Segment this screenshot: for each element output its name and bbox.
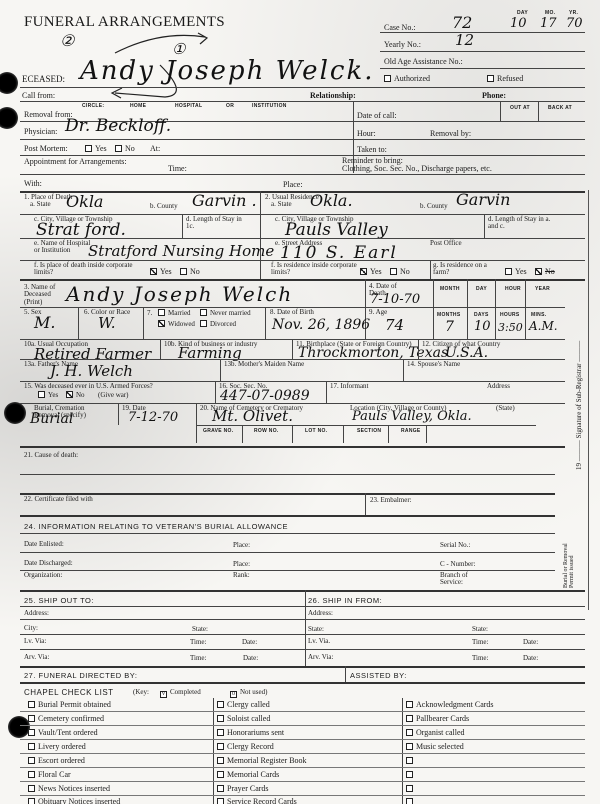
ship-in-arv-via-label: Arv. Via: (308, 654, 333, 661)
with-label: With: (24, 180, 42, 188)
check-clergy-record[interactable]: Clergy Record (217, 742, 274, 751)
branch-label: Branch of Service: (440, 572, 480, 586)
ship-in-lv-date-label: Date: (523, 639, 538, 646)
item-label: Acknowledgment Cards (416, 700, 494, 709)
pod-hospital-label: e. Name of Hospital or Institution (34, 240, 94, 254)
give-war-label: (Give war) (98, 392, 129, 399)
punch-hole-mid (0, 107, 18, 129)
state-paren-label: (State) (496, 405, 515, 412)
months-label: MONTHS (437, 312, 460, 318)
post-mortem-no-checkbox[interactable]: No (115, 145, 135, 153)
embalmer-label: 23. Embalmer: (370, 497, 412, 504)
reminder-text: Clothing, Soc. Sec. No., Discharge paper… (342, 165, 492, 173)
no-label: No (76, 391, 85, 399)
age-value[interactable]: 74 (385, 318, 404, 333)
ur-city-value[interactable]: Pauls Valley (285, 222, 388, 239)
ship-in-lv-via-label: Lv. Via. (308, 638, 330, 645)
date-of-death-value[interactable]: 7-10-70 (370, 293, 420, 306)
physician-value[interactable]: Dr. Beckloff. (65, 118, 171, 135)
location-value[interactable]: Pauls Valley, Okla. (352, 410, 472, 423)
item-label: Vault/Tent ordered (38, 728, 98, 737)
post-mortem-label: Post Mortem: (24, 145, 68, 153)
item-label: Music selected (416, 742, 464, 751)
cemetery-value[interactable]: Mt. Olivet. (212, 409, 293, 424)
yearly-no-label: Yearly No.: (384, 41, 421, 49)
address-label: Address (487, 383, 510, 390)
punch-hole-top (0, 72, 18, 94)
check-blank-3[interactable] (406, 784, 416, 793)
ship-out-arv-date-label: Date: (243, 655, 258, 662)
check-blank-2[interactable] (406, 770, 416, 779)
item-label: Clergy Record (227, 742, 274, 751)
check-livery[interactable]: Livery ordered (28, 742, 86, 751)
birthplace-value[interactable]: Throckmorton, Texas (298, 346, 448, 360)
deceased-name-value[interactable]: Andy Joseph Welck. (80, 58, 374, 84)
yes-label: Yes (515, 267, 527, 276)
father-value[interactable]: J. H. Welch (50, 364, 133, 379)
pod-corporate-label: f. Is place of death inside corporate li… (34, 262, 134, 276)
ur-county-label: b. County (420, 203, 448, 210)
check-clergy-called[interactable]: Clergy called (217, 700, 270, 709)
pod-state-label: a. State (30, 201, 51, 208)
days-value[interactable]: 10 (474, 320, 491, 333)
check-music-selected[interactable]: Music selected (406, 742, 464, 751)
key-label: (Key: (133, 689, 149, 696)
married-checkbox[interactable]: Married (158, 309, 191, 317)
pod-hospital-value[interactable]: Stratford Nursing Home (88, 244, 274, 259)
check-blank-4[interactable] (406, 797, 416, 804)
grave-no-label: GRAVE NO. (203, 428, 233, 434)
circle-label: CIRCLE: (82, 103, 104, 109)
item-label: Escort ordered (38, 756, 85, 765)
item-label: Obituary Notices inserted (38, 797, 120, 804)
ur-length-label: d. Length of Stay in a. and c. (488, 216, 558, 230)
ur-farm-no-checkbox[interactable]: No (535, 268, 555, 276)
date-day-value[interactable]: 10 (510, 17, 527, 30)
date-enlisted-label: Date Enlisted: (24, 541, 64, 548)
call-from-label: Call from: (22, 92, 55, 100)
pod-corporate-yes-checkbox[interactable]: Yes (150, 268, 172, 276)
ship-out-address-label: Address: (24, 610, 49, 617)
out-at-label: OUT AT (510, 105, 530, 111)
informant-label: 17. Informant (330, 383, 369, 390)
cause-of-death-label: 21. Cause of death: (24, 452, 78, 459)
pod-county-value[interactable]: Garvin . (192, 193, 257, 209)
discharged-place-label: Place: (233, 561, 250, 568)
hours-label: HOURS (500, 312, 520, 318)
check-acknowledgment-cards[interactable]: Acknowledgment Cards (406, 700, 494, 709)
item-label: Organist called (416, 728, 465, 737)
post-mortem-yes-checkbox[interactable]: Yes (85, 145, 107, 153)
authorized-checkbox[interactable]: Authorized (384, 75, 430, 83)
not-used-key-box: 0 (230, 691, 237, 698)
at-label: At: (150, 145, 160, 153)
appointment-label: Appointment for Arrangements: (24, 158, 127, 166)
ur-corporate-label: f. Is residence inside corporate limits? (271, 262, 361, 276)
rank-label: Rank: (233, 572, 250, 579)
item-label: Soloist called (227, 714, 270, 723)
ur-farm-label: g. Is residence on a farm? (433, 262, 493, 276)
funeral-arrangements-form: FUNERAL ARRANGEMENTS Case No.: 72 DAY MO… (0, 0, 600, 804)
item-label: Honorariums sent (227, 728, 284, 737)
punch-hole-bottom (8, 716, 30, 738)
sub-registrar-signature-label: 19 ——— Signature of Sub-Registrar ——— (575, 341, 583, 470)
check-service-record[interactable]: Service Record Cards (217, 797, 297, 804)
armed-forces-label: 15. Was deceased ever in U.S. Armed Forc… (24, 383, 153, 390)
check-memorial-register[interactable]: Memorial Register Book (217, 756, 307, 765)
mins-value[interactable]: A.M. (529, 320, 558, 332)
not-used-label: Not used) (240, 688, 267, 696)
yes-label: Yes (160, 267, 172, 276)
key-completed: vCompleted (160, 689, 201, 698)
phone-label: Phone: (482, 92, 506, 100)
serial-no-label: Serial No.: (440, 542, 470, 549)
no-label: No (400, 267, 410, 276)
item-label: Burial Permit obtained (38, 700, 111, 709)
married-label: Married (168, 309, 191, 317)
ur-farm-yes-checkbox[interactable]: Yes (505, 268, 527, 276)
place-label: Place: (283, 181, 303, 189)
check-burial-permit[interactable]: Burial Permit obtained (28, 700, 111, 709)
burial-value[interactable]: Burial (30, 412, 73, 426)
pod-state-value[interactable]: Okla (66, 194, 103, 210)
sex-value[interactable]: M. (34, 315, 55, 331)
item-label: Memorial Cards (227, 770, 279, 779)
item-label: Clergy called (227, 700, 270, 709)
certificate-filed-label: 22. Certificate filed with (24, 496, 104, 503)
item-label: News Notices inserted (38, 784, 110, 793)
refused-label: Refused (497, 74, 523, 83)
year-label: YEAR (535, 286, 550, 292)
check-honorariums[interactable]: Honorariums sent (217, 728, 284, 737)
deceased-label: ECEASED: (22, 75, 65, 84)
yes-label: Yes (95, 144, 107, 153)
no-label: No (125, 144, 135, 153)
race-value[interactable]: W. (98, 316, 116, 331)
section-label: SECTION (357, 428, 381, 434)
item-label: Cemetery confirmed (38, 714, 104, 723)
mother-label: 13b. Mother's Maiden Name (224, 361, 304, 368)
check-prayer-cards[interactable]: Prayer Cards (217, 784, 269, 793)
armed-yes-checkbox[interactable]: Yes (38, 391, 58, 399)
ship-out-lv-time-label: Time: (190, 639, 206, 646)
back-at-label: BACK AT (548, 105, 572, 111)
lot-no-label: LOT NO. (305, 428, 327, 434)
check-pallbearer-cards[interactable]: Pallbearer Cards (406, 714, 469, 723)
ship-out-arv-via-label: Arv. Via: (24, 654, 49, 661)
ship-in-lv-time-label: Time: (472, 639, 488, 646)
time-label: Time: (168, 165, 187, 173)
date-mo-value[interactable]: 17 (540, 17, 557, 30)
days-label: DAYS (474, 312, 489, 318)
ship-in-state2-label: State: (472, 626, 488, 633)
yearly-no-value[interactable]: 12 (455, 33, 474, 48)
item-label: Service Record Cards (227, 797, 297, 804)
hour-col-label: HOUR (505, 286, 521, 292)
name-deceased-label: 3. Name of Deceased (Print) (24, 284, 62, 306)
dob-value[interactable]: Nov. 26, 1896 (272, 318, 370, 332)
ship-out-lv-date-label: Date: (242, 639, 257, 646)
item-label: Memorial Register Book (227, 756, 307, 765)
yes-label: Yes (370, 267, 382, 276)
date-discharged-label: Date Discharged: (24, 560, 73, 567)
divorced-label: Divorced (210, 320, 236, 328)
range-label: RANGE (401, 428, 421, 434)
date-yr-value[interactable]: 70 (566, 17, 583, 30)
check-cemetery-confirmed[interactable]: Cemetery confirmed (28, 714, 104, 723)
hours-value[interactable]: 3:50 (498, 322, 523, 333)
dob-label: 8. Date of Birth (270, 309, 314, 316)
case-no-label: Case No.: (384, 24, 416, 32)
ur-state-label: a. State (271, 201, 292, 208)
date-of-call-label: Date of call: (357, 112, 397, 120)
check-obituary-notices[interactable]: Obituary Notices inserted (28, 797, 120, 804)
ship-out-lv-via-label: Lv. Via: (24, 638, 46, 645)
organization-label: Organization: (24, 572, 62, 579)
ur-state-value[interactable]: Okla. (310, 193, 353, 209)
never-married-checkbox[interactable]: Never married (200, 309, 251, 317)
widowed-label: Widowed (168, 320, 195, 328)
marital-num: 7. (147, 310, 152, 317)
yes-label: Yes (48, 391, 58, 399)
ship-in-state-label: State: (308, 626, 324, 633)
check-blank-1[interactable] (406, 756, 416, 765)
completed-key-box: v (160, 691, 167, 698)
ship-out-city-label: City: (24, 625, 38, 632)
or-label: OR (226, 103, 234, 109)
item-label: Pallbearer Cards (416, 714, 469, 723)
physician-label: Physician: (24, 128, 57, 136)
case-no-value[interactable]: 72 (452, 15, 472, 31)
mins-label: MINS. (531, 312, 546, 318)
ship-in-heading: 26. SHIP IN FROM: (308, 596, 382, 605)
check-vault-tent[interactable]: Vault/Tent ordered (28, 728, 98, 737)
old-age-label: Old Age Assistance No.: (384, 58, 463, 66)
key-not-used: 0Not used) (230, 689, 267, 698)
spouse-label: 14. Spouse's Name (407, 361, 460, 368)
veteran-heading: 24. INFORMATION RELATING TO VETERAN'S BU… (24, 522, 288, 531)
refused-checkbox[interactable]: Refused (487, 75, 523, 83)
ur-corporate-yes-checkbox[interactable]: Yes (360, 268, 382, 276)
pod-corporate-no-checkbox[interactable]: No (180, 268, 200, 276)
hour-label: Hour: (357, 130, 376, 138)
check-news-notices[interactable]: News Notices inserted (28, 784, 110, 793)
widowed-checkbox[interactable]: Widowed (158, 320, 195, 328)
ship-out-state-label: State: (192, 626, 208, 633)
authorized-label: Authorized (394, 74, 430, 83)
taken-to-label: Taken to: (357, 146, 387, 154)
age-label: 9. Age (369, 309, 387, 316)
ssn-value[interactable]: 447-07-0989 (220, 389, 310, 403)
funeral-directed-label: 27. FUNERAL DIRECTED BY: (24, 671, 137, 680)
item-label: Livery ordered (38, 742, 86, 751)
c-number-label: C - Number: (440, 561, 475, 568)
punch-hole-lower (4, 402, 26, 424)
ship-in-arv-time-label: Time: (472, 655, 488, 662)
assisted-by-label: ASSISTED BY: (350, 671, 407, 680)
ur-corporate-no-checkbox[interactable]: No (390, 268, 410, 276)
item-label: Prayer Cards (227, 784, 269, 793)
month-label: MONTH (440, 286, 460, 292)
ship-out-arv-time-label: Time: (190, 655, 206, 662)
ship-out-heading: 25. SHIP OUT TO: (24, 596, 94, 605)
day-label: DAY (476, 286, 487, 292)
relationship-label: Relationship: (310, 92, 356, 100)
never-married-label: Never married (210, 309, 251, 317)
citizen-value[interactable]: U.S.A. (445, 346, 488, 360)
divorced-checkbox[interactable]: Divorced (200, 320, 236, 328)
check-escort[interactable]: Escort ordered (28, 756, 85, 765)
armed-no-checkbox[interactable]: No (66, 391, 85, 399)
home-option[interactable]: HOME (130, 103, 146, 109)
item-label: Floral Car (38, 770, 71, 779)
name-deceased-value[interactable]: Andy Joseph Welch (66, 284, 293, 304)
ship-in-address-label: Address: (308, 610, 333, 617)
removal-by-label: Removal by: (430, 130, 471, 138)
completed-label: Completed (170, 688, 201, 696)
check-floral-car[interactable]: Floral Car (28, 770, 71, 779)
no-label: No (545, 267, 555, 276)
checklist-heading: CHAPEL CHECK LIST (24, 688, 114, 697)
ship-in-arv-date-label: Date: (523, 655, 538, 662)
row-no-label: ROW NO. (254, 428, 279, 434)
check-memorial-cards[interactable]: Memorial Cards (217, 770, 279, 779)
pod-county-label: b. County (150, 203, 178, 210)
ur-county-value[interactable]: Garvin (456, 192, 510, 208)
check-soloist-called[interactable]: Soloist called (217, 714, 270, 723)
months-value[interactable]: 7 (445, 320, 454, 334)
no-label: No (190, 267, 200, 276)
enlisted-place-label: Place: (233, 542, 250, 549)
pod-city-value[interactable]: Strat ford. (36, 222, 126, 239)
check-organist-called[interactable]: Organist called (406, 728, 465, 737)
permit-issued-label: Burial or Removal Permit issued (563, 538, 575, 588)
pod-length-label: d. Length of Stay in 1c. (186, 216, 246, 230)
institution-option[interactable]: INSTITUTION (252, 103, 287, 109)
date19-value[interactable]: 7-12-70 (128, 411, 178, 424)
hospital-option[interactable]: HOSPITAL (175, 103, 202, 109)
ur-post-office-label: Post Office (430, 240, 462, 247)
